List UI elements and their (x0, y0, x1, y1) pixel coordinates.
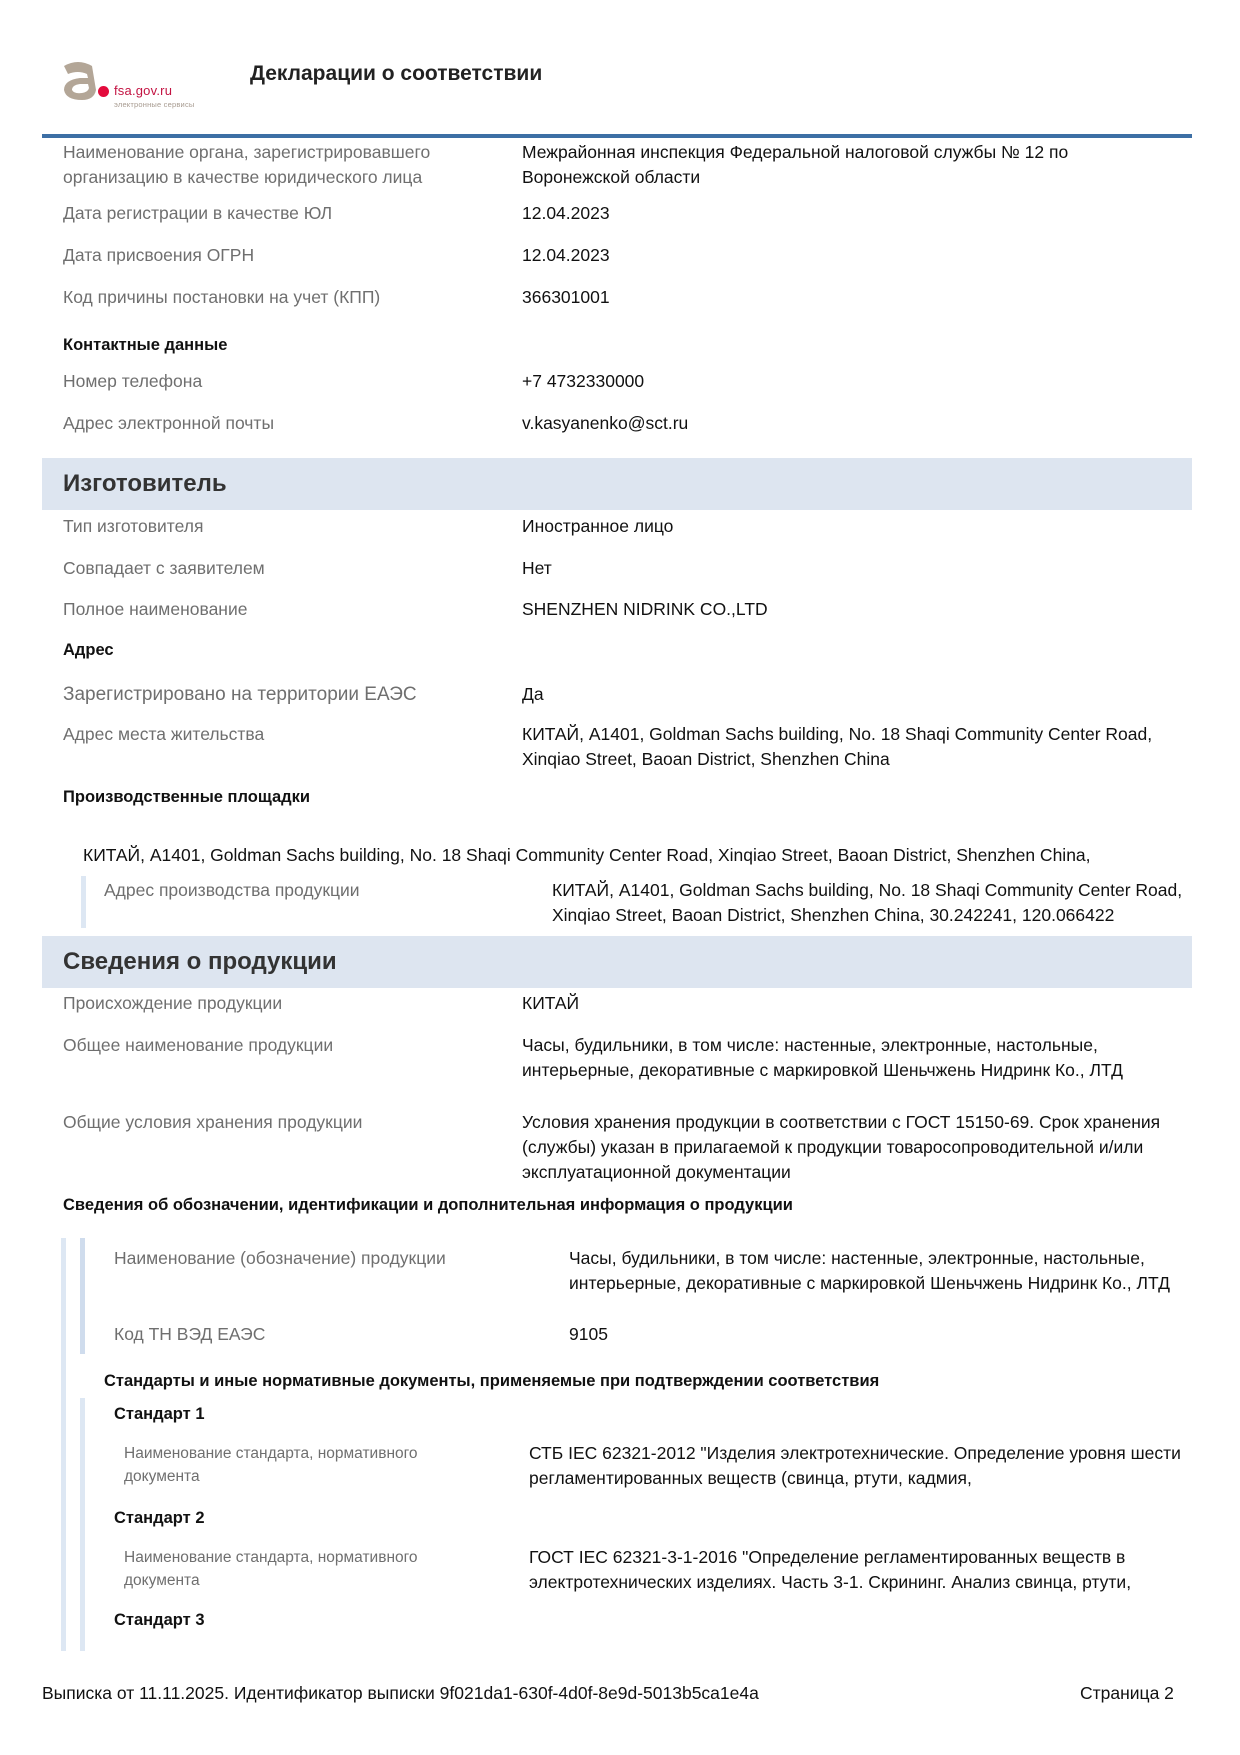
field-value: 12.04.2023 (522, 201, 1202, 226)
field-value: КИТАЙ (522, 991, 1202, 1016)
production-sites-heading: Производственные площадки (63, 788, 310, 807)
field-label: Дата присвоения ОГРН (63, 243, 503, 268)
field-value: Межрайонная инспекция Федеральной налого… (522, 140, 1142, 190)
field-label: Код ТН ВЭД ЕАЭС (114, 1322, 554, 1347)
section-manufacturer: Изготовитель (42, 458, 1192, 510)
field-value: 366301001 (522, 285, 1202, 310)
field-value: Да (522, 682, 1202, 707)
field-value: Часы, будильники, в том числе: настенные… (569, 1246, 1219, 1296)
field-label: Происхождение продукции (63, 991, 503, 1016)
standards-heading: Стандарты и иные нормативные документы, … (104, 1372, 879, 1391)
field-value: 9105 (569, 1322, 1240, 1347)
field-label: Адрес электронной почты (63, 411, 503, 436)
fsa-logo: fsa.gov.ru электронные сервисы (58, 56, 208, 112)
extract-identifier: Выписка от 11.11.2025. Идентификатор вып… (42, 1683, 759, 1704)
address-heading: Адрес (63, 641, 114, 660)
field-value: Иностранное лицо (522, 514, 1202, 539)
field-label: Зарегистрировано на территории ЕАЭС (63, 682, 503, 707)
title-divider (42, 134, 1192, 138)
page-header: fsa.gov.ru электронные сервисы Деклараци… (0, 0, 1240, 140)
field-label: Номер телефона (63, 369, 503, 394)
nested-indent-bar (81, 876, 86, 928)
field-label: Код причины постановки на учет (КПП) (63, 285, 503, 310)
contacts-heading: Контактные данные (63, 336, 227, 355)
standards-indent-bar (80, 1398, 85, 1651)
field-label: Наименование стандарта, нормативного док… (124, 1442, 464, 1488)
logo-dot (98, 86, 109, 97)
page-number: Страница 2 (1080, 1683, 1174, 1704)
logo-site-text: fsa.gov.ru (114, 83, 172, 98)
production-site-address: КИТАЙ, A1401, Goldman Sachs building, No… (83, 845, 1091, 866)
field-value: +7 4732330000 (522, 369, 1202, 394)
field-value: SHENZHEN NIDRINK CO.,LTD (522, 597, 1202, 622)
section-title: Изготовитель (63, 470, 227, 498)
field-value: Нет (522, 556, 1202, 581)
standard-2-title: Стандарт 2 (114, 1509, 205, 1528)
standard-1-title: Стандарт 1 (114, 1405, 205, 1424)
identification-indent-bar (80, 1238, 85, 1354)
identification-heading: Сведения об обозначении, идентификации и… (63, 1196, 793, 1215)
logo-subtitle: электронные сервисы (114, 100, 195, 109)
section-product: Сведения о продукции (42, 936, 1192, 988)
field-label: Адрес места жительства (63, 722, 503, 747)
field-label: Наименование (обозначение) продукции (114, 1246, 554, 1271)
field-value: v.kasyanenko@sct.ru (522, 411, 1202, 436)
field-value: КИТАЙ, A1401, Goldman Sachs building, No… (552, 878, 1212, 928)
document-title: Декларации о соответствии (250, 62, 542, 86)
field-label: Совпадает с заявителем (63, 556, 503, 581)
field-label: Наименование органа, зарегистрировавшего… (63, 140, 483, 190)
field-label: Адрес производства продукции (104, 878, 544, 903)
field-value: КИТАЙ, A1401, Goldman Sachs building, No… (522, 722, 1162, 772)
standard-3-title: Стандарт 3 (114, 1611, 205, 1630)
field-label: Общее наименование продукции (63, 1033, 503, 1058)
field-label: Тип изготовителя (63, 514, 503, 539)
field-value: 12.04.2023 (522, 243, 1202, 268)
fsa-logo-icon (58, 60, 100, 102)
section-title: Сведения о продукции (63, 948, 337, 976)
field-label: Наименование стандарта, нормативного док… (124, 1546, 464, 1592)
field-label: Общие условия хранения продукции (63, 1110, 503, 1135)
field-value: Условия хранения продукции в соответстви… (522, 1110, 1162, 1185)
field-value: Часы, будильники, в том числе: настенные… (522, 1033, 1162, 1083)
outer-indent-bar (61, 1238, 66, 1651)
field-value: ГОСТ IEC 62321-3-1-2016 "Определение рег… (529, 1545, 1209, 1595)
field-label: Полное наименование (63, 597, 503, 622)
field-value: СТБ IEC 62321-2012 "Изделия электротехни… (529, 1441, 1209, 1491)
field-label: Дата регистрации в качестве ЮЛ (63, 201, 503, 226)
